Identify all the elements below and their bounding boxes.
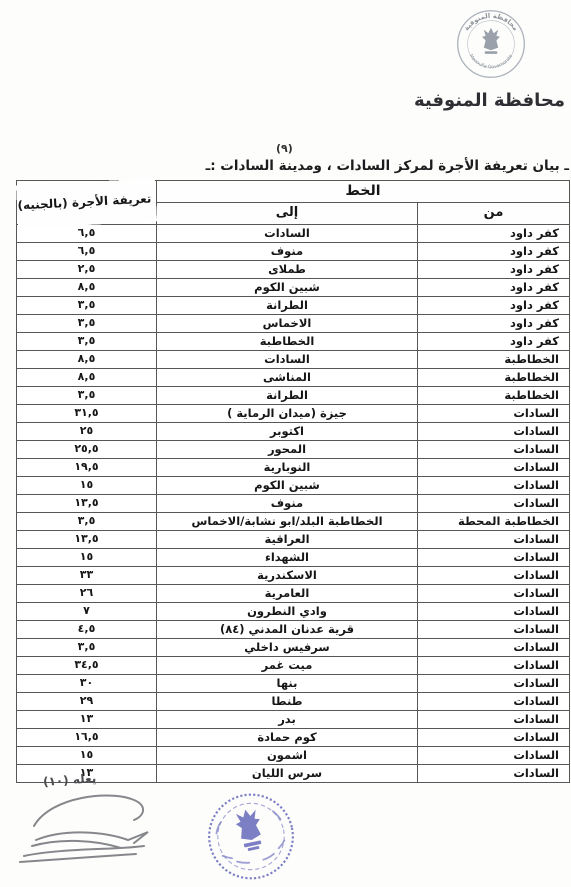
from-cell: السادات [418,747,570,765]
table-row: كفر داودشبين الكوم٨,٥ [16,279,569,297]
from-cell: السادات [418,729,570,747]
to-cell: بدر [156,711,417,729]
signature-scribble [16,788,181,873]
to-cell: جيزة (ميدان الرماية ) [156,405,417,423]
from-cell: السادات [418,711,570,729]
to-cell: السادات [156,351,417,369]
from-cell: الخطاطبة [418,387,570,405]
fare-cell: ١٥ [16,477,156,495]
seal-eagle-icon [482,28,500,54]
scanned-document-page: { "header": { "governorate_name": "محافظ… [0,0,571,887]
fare-cell: ١٣ [16,711,156,729]
to-cell: الخطاطبة البلد/ابو نشابة/الاخماس [156,513,417,531]
from-cell: السادات [418,531,570,549]
fare-header: تعريفة الأجرة (بالجنيه) [15,177,157,228]
table-row: الخطاطبةالطرانة٣,٥ [16,387,569,405]
fare-table-body: كفر داودالسادات٦,٥كفر داودمنوف٦,٥كفر داو… [16,225,569,783]
fare-cell: ٣٠ [16,675,156,693]
to-cell: الشهداء [156,549,417,567]
governorate-seal-logo: محافظة المنوفية Menoufia Governorate [455,8,527,80]
fare-cell: ٨,٥ [16,351,156,369]
table-row: كفر داودالطرانة٣,٥ [16,297,569,315]
fare-cell: ٢٩ [16,693,156,711]
from-cell: الخطاطبة المحطة [418,513,570,531]
from-cell: كفر داود [418,333,570,351]
to-cell: الطرانة [156,387,417,405]
fare-cell: ٣,٥ [16,333,156,351]
to-cell: طنطا [156,693,417,711]
from-cell: الخطاطبة [418,351,570,369]
fare-cell: ٢,٥ [16,261,156,279]
table-row: الساداتجيزة (ميدان الرماية )٣١,٥ [16,405,569,423]
to-cell: كوم حمادة [156,729,417,747]
table-row: الساداتالعراقية١٣,٥ [16,531,569,549]
stamp-eagle-icon [233,807,266,852]
to-cell: الاسكندرية [156,567,417,585]
fare-cell: ٨,٥ [16,369,156,387]
table-row: الساداتاكتوبر٢٥ [16,423,569,441]
fare-cell: ١٥ [16,549,156,567]
to-cell: سرس الليان [156,765,417,783]
from-cell: السادات [418,405,570,423]
to-cell: السادات [156,225,417,243]
table-row: كفر داودالخطاطبة٣,٥ [16,333,569,351]
table-row: الساداتطنطا٢٩ [16,693,569,711]
table-row: الساداتسرفيس داخلي٣,٥ [16,639,569,657]
to-cell: طملاى [156,261,417,279]
to-cell: الاخماس [156,315,417,333]
from-cell: كفر داود [418,297,570,315]
from-cell: السادات [418,459,570,477]
from-cell: السادات [418,621,570,639]
table-row: الساداتكوم حمادة١٦,٥ [16,729,569,747]
fare-cell: ٨,٥ [16,279,156,297]
table-row: الساداتالشهداء١٥ [16,549,569,567]
seal-english-text-curve: Menoufia Governorate [468,53,514,70]
fare-cell: ٢٥,٥ [16,441,156,459]
fare-cell: ١٣,٥ [16,531,156,549]
to-cell: المحور [156,441,417,459]
table-row: كفر داودمنوف٦,٥ [16,243,569,261]
fare-cell: ٣١,٥ [16,405,156,423]
to-cell: منوف [156,495,417,513]
to-cell: اكتوبر [156,423,417,441]
table-row: الساداتالمحور٢٥,٥ [16,441,569,459]
fare-cell: ٣,٥ [16,315,156,333]
to-cell: سرفيس داخلي [156,639,417,657]
from-cell: الخطاطبة [418,369,570,387]
fare-cell: ١٩,٥ [16,459,156,477]
fare-cell: ٣,٥ [16,297,156,315]
to-cell: شبين الكوم [156,477,417,495]
from-cell: السادات [418,585,570,603]
fare-cell: ٢٦ [16,585,156,603]
governorate-name: محافظة المنوفية [414,90,565,111]
from-cell: السادات [418,657,570,675]
fare-cell: ٣,٥ [16,513,156,531]
table-row: الساداتقرية عدنان المدني (٨٤)٤,٥ [16,621,569,639]
to-cell: الخطاطبة [156,333,417,351]
table-row: الساداتالاسكندرية٣٣ [16,567,569,585]
fare-cell: ١٣,٥ [16,495,156,513]
fare-cell: ٣,٥ [16,387,156,405]
to-cell: قرية عدنان المدني (٨٤) [156,621,417,639]
line-header: الخط [156,181,569,203]
fare-cell: ١٦,٥ [16,729,156,747]
to-cell: منوف [156,243,417,261]
header-row-line: الخط تعريفة الأجرة (بالجنيه) [16,181,569,203]
table-row: الخطاطبة المحطةالخطاطبة البلد/ابو نشابة/… [16,513,569,531]
from-cell: كفر داود [418,279,570,297]
table-row: الساداتالنوبارية١٩,٥ [16,459,569,477]
table-row: الساداتبنها٣٠ [16,675,569,693]
document-title: ـ بيان تعريفة الأجرة لمركز السادات ، ومد… [206,158,569,174]
from-cell: السادات [418,549,570,567]
from-cell: السادات [418,441,570,459]
to-cell: النوبارية [156,459,417,477]
fare-cell: ٣,٥ [16,639,156,657]
table-row: الساداتاشمون١٥ [16,747,569,765]
fare-cell: ٧ [16,603,156,621]
fare-cell: ٣٤,٥ [16,657,156,675]
table-row: الساداتالعامرية٢٦ [16,585,569,603]
from-cell: السادات [418,603,570,621]
fare-cell: ٣٣ [16,567,156,585]
table-row: الساداتسرس الليان١٣ [16,765,569,783]
from-cell: كفر داود [418,243,570,261]
to-cell: العامرية [156,585,417,603]
page-number: (٩) [276,142,293,155]
table-row: الساداتشبين الكوم١٥ [16,477,569,495]
fare-table-header: الخط تعريفة الأجرة (بالجنيه) من إلى [16,181,569,225]
to-cell: العراقية [156,531,417,549]
to-cell: ميت غمر [156,657,417,675]
from-cell: كفر داود [418,315,570,333]
to-cell: بنها [156,675,417,693]
official-stamp [181,786,321,887]
table-row: الساداتميت غمر٣٤,٥ [16,657,569,675]
from-cell: السادات [418,495,570,513]
fare-cell: ٤,٥ [16,621,156,639]
fare-table: الخط تعريفة الأجرة (بالجنيه) من إلى كفر … [16,180,570,783]
to-cell: شبين الكوم [156,279,417,297]
to-header: إلى [156,203,417,225]
from-cell: السادات [418,423,570,441]
from-cell: السادات [418,639,570,657]
table-row: كفر داودطملاى٢,٥ [16,261,569,279]
fare-cell: ٦,٥ [16,243,156,261]
handwritten-note: يعله (١٠) [42,771,96,789]
table-row: الساداتبدر١٣ [16,711,569,729]
fare-cell: ٢٥ [16,423,156,441]
to-cell: الطرانة [156,297,417,315]
from-cell: كفر داود [418,261,570,279]
from-cell: السادات [418,477,570,495]
from-cell: السادات [418,567,570,585]
from-cell: كفر داود [418,225,570,243]
table-row: كفر داودالاخماس٣,٥ [16,315,569,333]
table-row: الخطاطبةالمناشى٨,٥ [16,369,569,387]
table-row: الخطاطبةالسادات٨,٥ [16,351,569,369]
to-cell: المناشى [156,369,417,387]
fare-cell: ١٥ [16,747,156,765]
table-row: الساداتوادي النطرون٧ [16,603,569,621]
from-header: من [418,203,570,225]
table-row: كفر داودالسادات٦,٥ [16,225,569,243]
to-cell: وادي النطرون [156,603,417,621]
table-row: الساداتمنوف١٣,٥ [16,495,569,513]
from-cell: السادات [418,693,570,711]
from-cell: السادات [418,675,570,693]
from-cell: السادات [418,765,570,783]
to-cell: اشمون [156,747,417,765]
